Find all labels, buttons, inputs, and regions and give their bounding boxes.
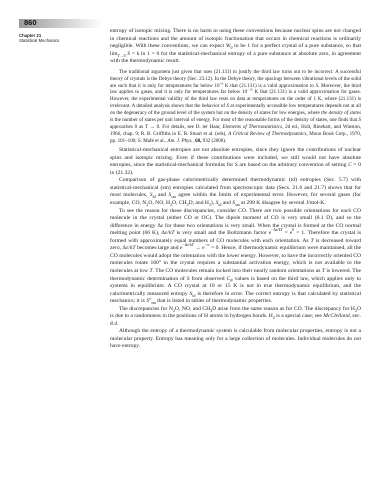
- paragraph-5: To see the reason for these discrepancie…: [110, 208, 361, 306]
- paragraph-6: The discrepancies for N2O, NO, and CH3D …: [110, 306, 361, 329]
- chapter-title: Statistical Mechanics: [19, 38, 59, 43]
- running-head: Chapter 21 Statistical Mechanics: [19, 33, 59, 43]
- paragraph-2-note: The traditional argument just given that…: [110, 69, 361, 145]
- paragraph-3: Statistical-mechanical entropies are not…: [110, 147, 361, 177]
- paragraph-4: Comparison of gas-phase calorimetrically…: [110, 177, 361, 207]
- paragraph-1: entropy of isotopic mixing. There is no …: [110, 28, 361, 66]
- page-number: 860: [24, 18, 37, 27]
- paragraph-7: Although the entropy of a thermodynamic …: [110, 328, 361, 351]
- body-text: entropy of isotopic mixing. There is no …: [110, 28, 361, 351]
